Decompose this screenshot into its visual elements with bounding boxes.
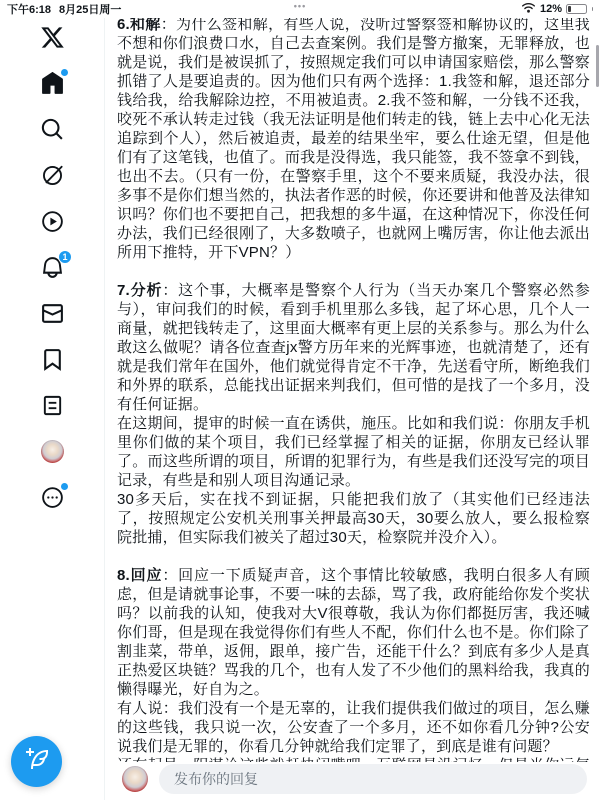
multitask-indicator-icon: •••: [294, 1, 306, 11]
status-date: 8月25日周一: [59, 1, 121, 17]
section-heading: 7.分析: [117, 282, 162, 299]
status-right: 12%: [521, 2, 593, 16]
section-heading: 8.回应: [117, 567, 162, 584]
battery-percent: 12%: [540, 3, 562, 15]
reply-placeholder: 发布你的回复: [174, 769, 258, 789]
battery-nub: [592, 7, 594, 11]
sidebar-item-bookmarks[interactable]: [38, 346, 66, 373]
post-sections: 6.和解：为什么签和解，有些人说，没听过警察签和解协议的，这里我不想和你们浪费口…: [117, 15, 590, 794]
post-content: 6.和解：为什么签和解，有些人说，没听过警察签和解协议的，这里我不想和你们浪费口…: [117, 15, 590, 800]
sidebar-item-lists[interactable]: [38, 392, 66, 419]
post-section: 6.和解：为什么签和解，有些人说，没听过警察签和解协议的，这里我不想和你们浪费口…: [117, 15, 590, 262]
status-time: 下午6:18: [7, 1, 51, 17]
reply-avatar: [122, 766, 148, 792]
sidebar-item-grok[interactable]: [38, 162, 66, 189]
reply-input[interactable]: 发布你的回复: [159, 764, 587, 794]
section-body: ：为什么签和解，有些人说，没听过警察签和解协议的，这里我不想和你们浪费口水，自己…: [117, 16, 590, 261]
reply-bar: 发布你的回复: [106, 762, 600, 800]
app-screen: 下午6:18 8月25日周一 ••• 12%: [0, 0, 600, 800]
scrollbar-thumb[interactable]: [596, 45, 599, 87]
sidebar-item-search[interactable]: [38, 116, 66, 143]
post-section: 8.回应：回应一下质疑声音，这个事情比较敏感，我明白很多人有顾虑，但是请就事论事…: [117, 566, 590, 794]
avatar: [41, 440, 64, 463]
section-body: ：回应一下质疑声音，这个事情比较敏感，我明白很多人有顾虑，但是请就事论事，不要一…: [117, 567, 590, 793]
battery-icon: [566, 4, 587, 14]
sidebar-profile-avatar[interactable]: [38, 438, 66, 465]
section-heading: 6.和解: [117, 16, 161, 33]
compose-icon: [25, 747, 49, 776]
sidebar-item-more[interactable]: [38, 484, 66, 511]
status-bar: 下午6:18 8月25日周一 ••• 12%: [0, 0, 600, 18]
sidebar-item-home[interactable]: [38, 70, 66, 97]
section-body: ：这个事，大概率是警察个人行为（当天办案几个警察必然参与），审问我们的时候，看到…: [117, 282, 590, 546]
sidebar-item-messages[interactable]: [38, 300, 66, 327]
post-section: 7.分析：这个事，大概率是警察个人行为（当天办案几个警察必然参与），审问我们的时…: [117, 281, 590, 547]
sidebar-item-video[interactable]: [38, 208, 66, 235]
compose-button[interactable]: [11, 736, 62, 787]
sidebar: 1: [0, 18, 105, 800]
more-unread-dot: [61, 483, 68, 490]
sidebar-item-notifications[interactable]: 1: [38, 254, 66, 281]
wifi-icon: [521, 2, 536, 16]
home-unread-dot: [61, 69, 68, 76]
status-time-date: 下午6:18 8月25日周一: [7, 1, 121, 17]
notification-count-badge: 1: [58, 250, 72, 264]
x-logo[interactable]: [38, 24, 66, 51]
